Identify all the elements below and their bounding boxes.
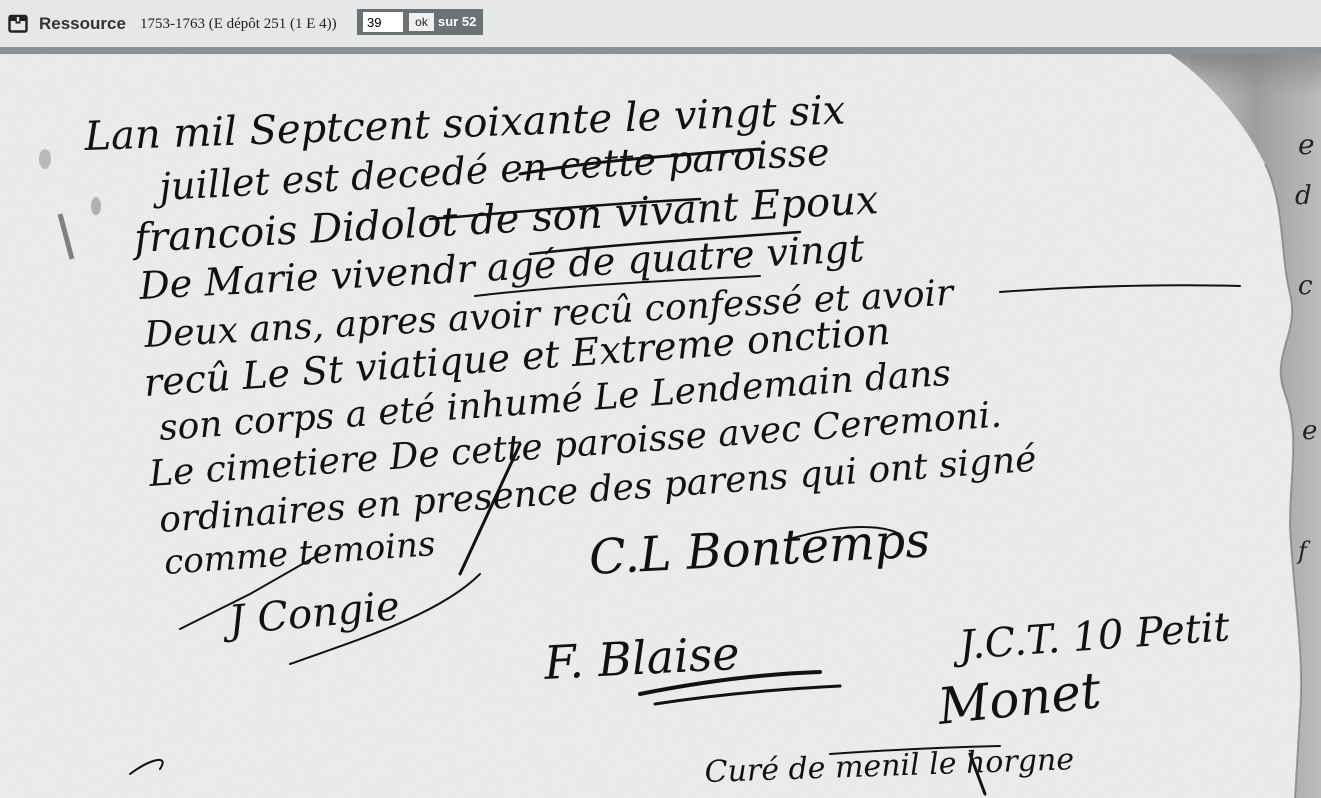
resource-description: 1753-1763 (E dépôt 251 (1 E 4))	[140, 14, 337, 34]
box-icon	[8, 13, 28, 33]
svg-text:d: d	[1295, 181, 1312, 211]
page-number-input[interactable]	[363, 12, 403, 32]
manuscript-scan: Lan mil Septcent soixante le vingt six j…	[0, 54, 1321, 798]
page-total-label: sur 52	[438, 13, 476, 31]
svg-text:e: e	[1298, 128, 1315, 161]
page-navigator: ok sur 52	[357, 9, 483, 35]
svg-text:e: e	[1302, 416, 1317, 446]
document-image-viewer[interactable]: Lan mil Septcent soixante le vingt six j…	[0, 54, 1321, 798]
toolbar-separator	[0, 47, 1321, 54]
svg-text:c: c	[1298, 271, 1313, 301]
top-toolbar: Ressource 1753-1763 (E dépôt 251 (1 E 4)…	[0, 0, 1321, 47]
resource-title: Ressource	[39, 13, 126, 35]
go-to-page-button[interactable]: ok	[409, 13, 434, 31]
